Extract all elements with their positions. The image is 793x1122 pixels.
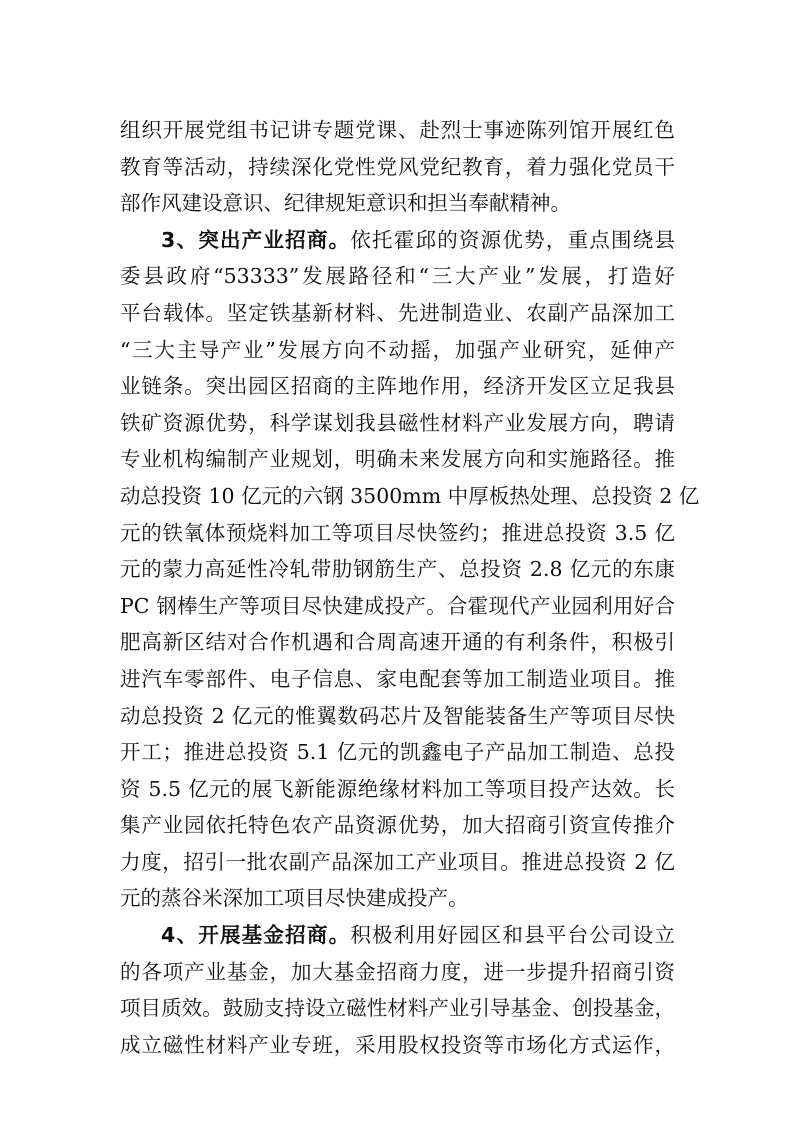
text-line: 铁矿资源优势，科学谋划我县磁性材料产业发展方向，聘请	[120, 405, 675, 442]
text-line: 动总投资 2 亿元的惟翼数码芯片及智能装备生产等项目尽快	[120, 698, 675, 735]
text-line: 项目质效。鼓励支持设立磁性材料产业引导基金、创投基金，	[120, 990, 675, 1027]
text-line: 平台载体。坚定铁基新材料、先进制造业、农副产品深加工	[120, 295, 675, 332]
text-run: 依托霍邱的资源优势，重点围绕县	[350, 228, 675, 252]
text-line: 进汽车零部件、电子信息、家电配套等加工制造业项目。推	[120, 661, 675, 698]
text-line: 3、突出产业招商。依托霍邱的资源优势，重点围绕县	[120, 222, 675, 259]
text-line: 肥高新区结对合作机遇和合周高速开通的有利条件，积极引	[120, 624, 675, 661]
text-line: 教育等活动，持续深化党性党风党纪教育，着力强化党员干	[120, 149, 675, 186]
text-line: 的各项产业基金，加大基金招商力度，进一步提升招商引资	[120, 954, 675, 991]
text-line: 集产业园依托特色农产品资源优势，加大招商引资宣传推介	[120, 807, 675, 844]
paragraph-industry-investment: 3、突出产业招商。依托霍邱的资源优势，重点围绕县 委县政府“53333”发展路径…	[120, 222, 675, 917]
text-line: 元的铁氧体预烧料加工等项目尽快签约；推进总投资 3.5 亿	[120, 515, 675, 552]
text-line: 业链条。突出园区招商的主阵地作用，经济开发区立足我县	[120, 368, 675, 405]
text-line: 力度，招引一批农副产品深加工产业项目。推进总投资 2 亿	[120, 844, 675, 881]
text-line: 开工；推进总投资 5.1 亿元的凯鑫电子产品加工制造、总投	[120, 734, 675, 771]
text-line: 成立磁性材料产业专班，采用股权投资等市场化方式运作，	[120, 1027, 675, 1064]
text-line: PC 钢棒生产等项目尽快建成投产。合霍现代产业园利用好合	[120, 588, 675, 625]
text-line: 4、开展基金招商。积极利用好园区和县平台公司设立	[120, 917, 675, 954]
text-run: 积极利用好园区和县平台公司设立	[350, 923, 675, 947]
text-line: 委县政府“53333”发展路径和“三大产业”发展，打造好	[120, 258, 675, 295]
document-page: 组织开展党组书记讲专题党课、赴烈士事迹陈列馆开展红色 教育等活动，持续深化党性党…	[120, 112, 675, 1063]
text-line: 元的蒸谷米深加工项目尽快建成投产。	[120, 880, 675, 917]
text-line: 资 5.5 亿元的展飞新能源绝缘材料加工等项目投产达效。长	[120, 771, 675, 808]
text-line: 部作风建设意识、纪律规矩意识和担当奉献精神。	[120, 185, 675, 222]
section-heading: 4、开展基金招商。	[161, 923, 350, 947]
section-heading: 3、突出产业招商。	[161, 228, 350, 252]
text-line: “三大主导产业”发展方向不动摇，加强产业研究，延伸产	[120, 332, 675, 369]
text-line: 动总投资 10 亿元的六钢 3500mm 中厚板热处理、总投资 2 亿	[120, 478, 675, 515]
text-line: 组织开展党组书记讲专题党课、赴烈士事迹陈列馆开展红色	[120, 112, 675, 149]
text-line: 元的蒙力高延性冷轧带肋钢筋生产、总投资 2.8 亿元的东康	[120, 551, 675, 588]
text-line: 专业机构编制产业规划，明确未来发展方向和实施路径。推	[120, 441, 675, 478]
paragraph-party-education: 组织开展党组书记讲专题党课、赴烈士事迹陈列馆开展红色 教育等活动，持续深化党性党…	[120, 112, 675, 222]
paragraph-fund-investment: 4、开展基金招商。积极利用好园区和县平台公司设立 的各项产业基金，加大基金招商力…	[120, 917, 675, 1063]
